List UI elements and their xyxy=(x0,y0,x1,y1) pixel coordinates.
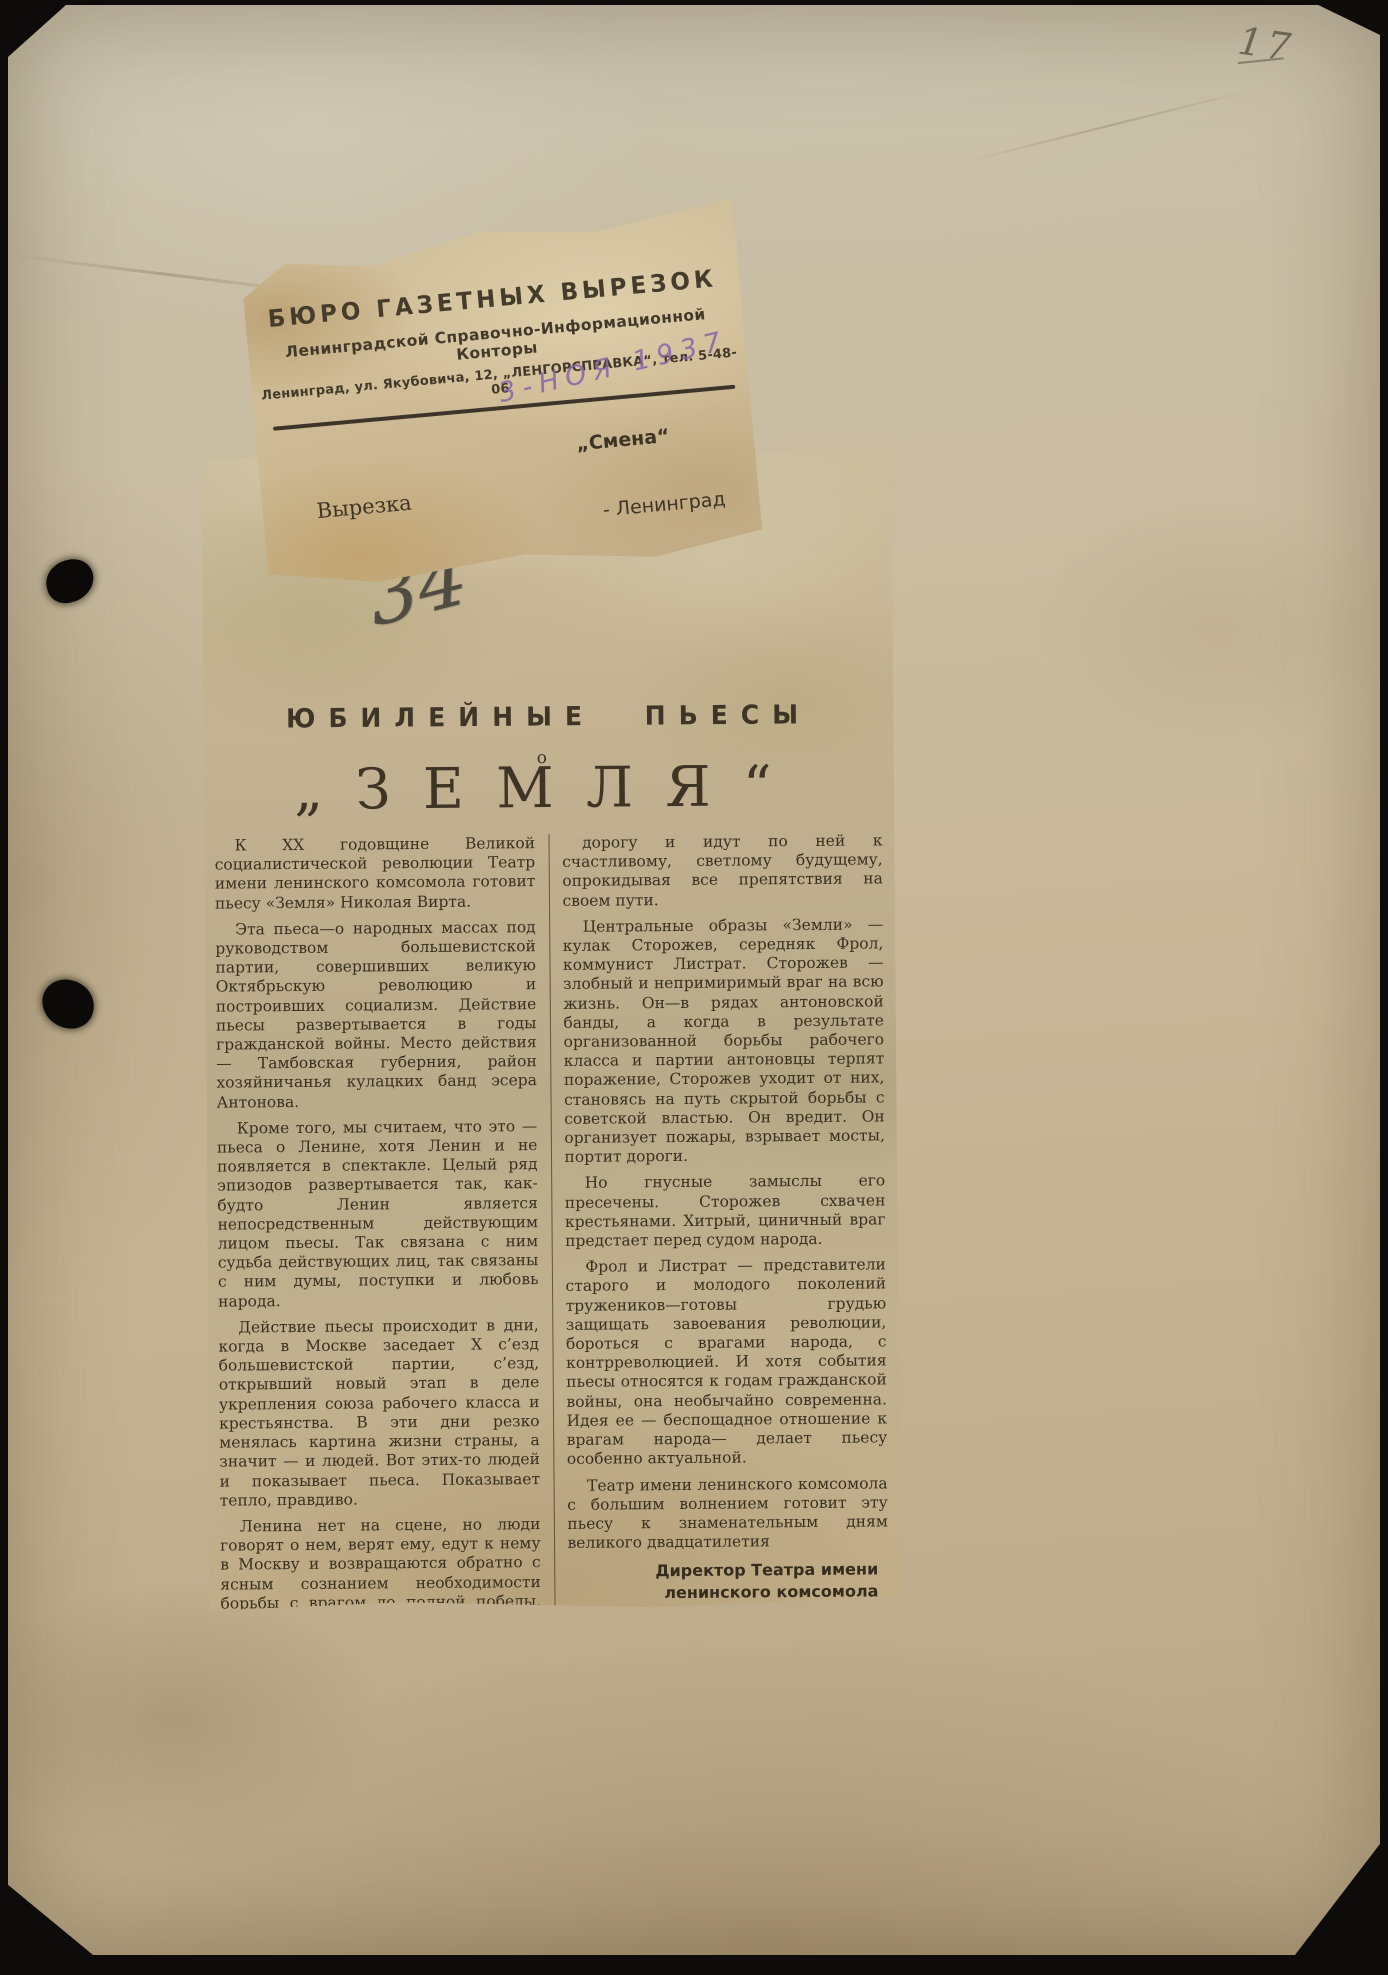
paragraph: Действие пьесы происходит в дни, когда в… xyxy=(218,1316,540,1511)
newspaper-clipping: 34 ЮБИЛЕЙНЫЕ ПЬЕСЫ о „ЗЕМЛЯ“ К XX годовщ… xyxy=(201,447,900,1610)
paper-crease xyxy=(962,89,1254,164)
signature-title-line1: Директор Театра имени xyxy=(568,1559,879,1583)
scan-canvas: 17 БЮРО ГАЗЕТНЫХ ВЫРЕЗОК Ленинградской С… xyxy=(0,0,1388,1975)
article-title: „ЗЕМЛЯ“ xyxy=(204,753,894,823)
newspaper-name: „Смена“ xyxy=(575,425,670,455)
left-column: К XX годовщине Великой социалистической … xyxy=(214,834,541,1659)
paragraph: Эта пьеса—о народных массах под руководс… xyxy=(215,918,537,1113)
paragraph: Фрол и Листрат — представители старого и… xyxy=(565,1256,887,1470)
paragraph: Театр имени ленинского комсомола с больш… xyxy=(567,1474,888,1553)
clipping-label: Вырезка xyxy=(316,491,413,524)
paragraph: дорогу и идут по ней к счастливому, свет… xyxy=(562,831,883,910)
paragraph: Кроме того, мы считаем, что это — пьеса … xyxy=(217,1117,539,1312)
paragraph: К XX годовщине Великой социалистической … xyxy=(214,834,535,913)
newspaper-city: - Ленинград xyxy=(602,488,726,521)
paragraph: Но гнусные замыслы его пресечены. Сторож… xyxy=(565,1172,886,1251)
article-rubric: ЮБИЛЕЙНЫЕ ПЬЕСЫ xyxy=(203,699,893,735)
article-columns: К XX годовщине Великой социалистической … xyxy=(214,831,888,1659)
right-column: дорогу и идут по ней к счастливому, свет… xyxy=(548,831,889,1656)
signature-block: Директор Театра имени ленинского комсомо… xyxy=(568,1559,889,1606)
paragraph: Центральные образы «Земли» — кулак Сторо… xyxy=(563,915,885,1167)
